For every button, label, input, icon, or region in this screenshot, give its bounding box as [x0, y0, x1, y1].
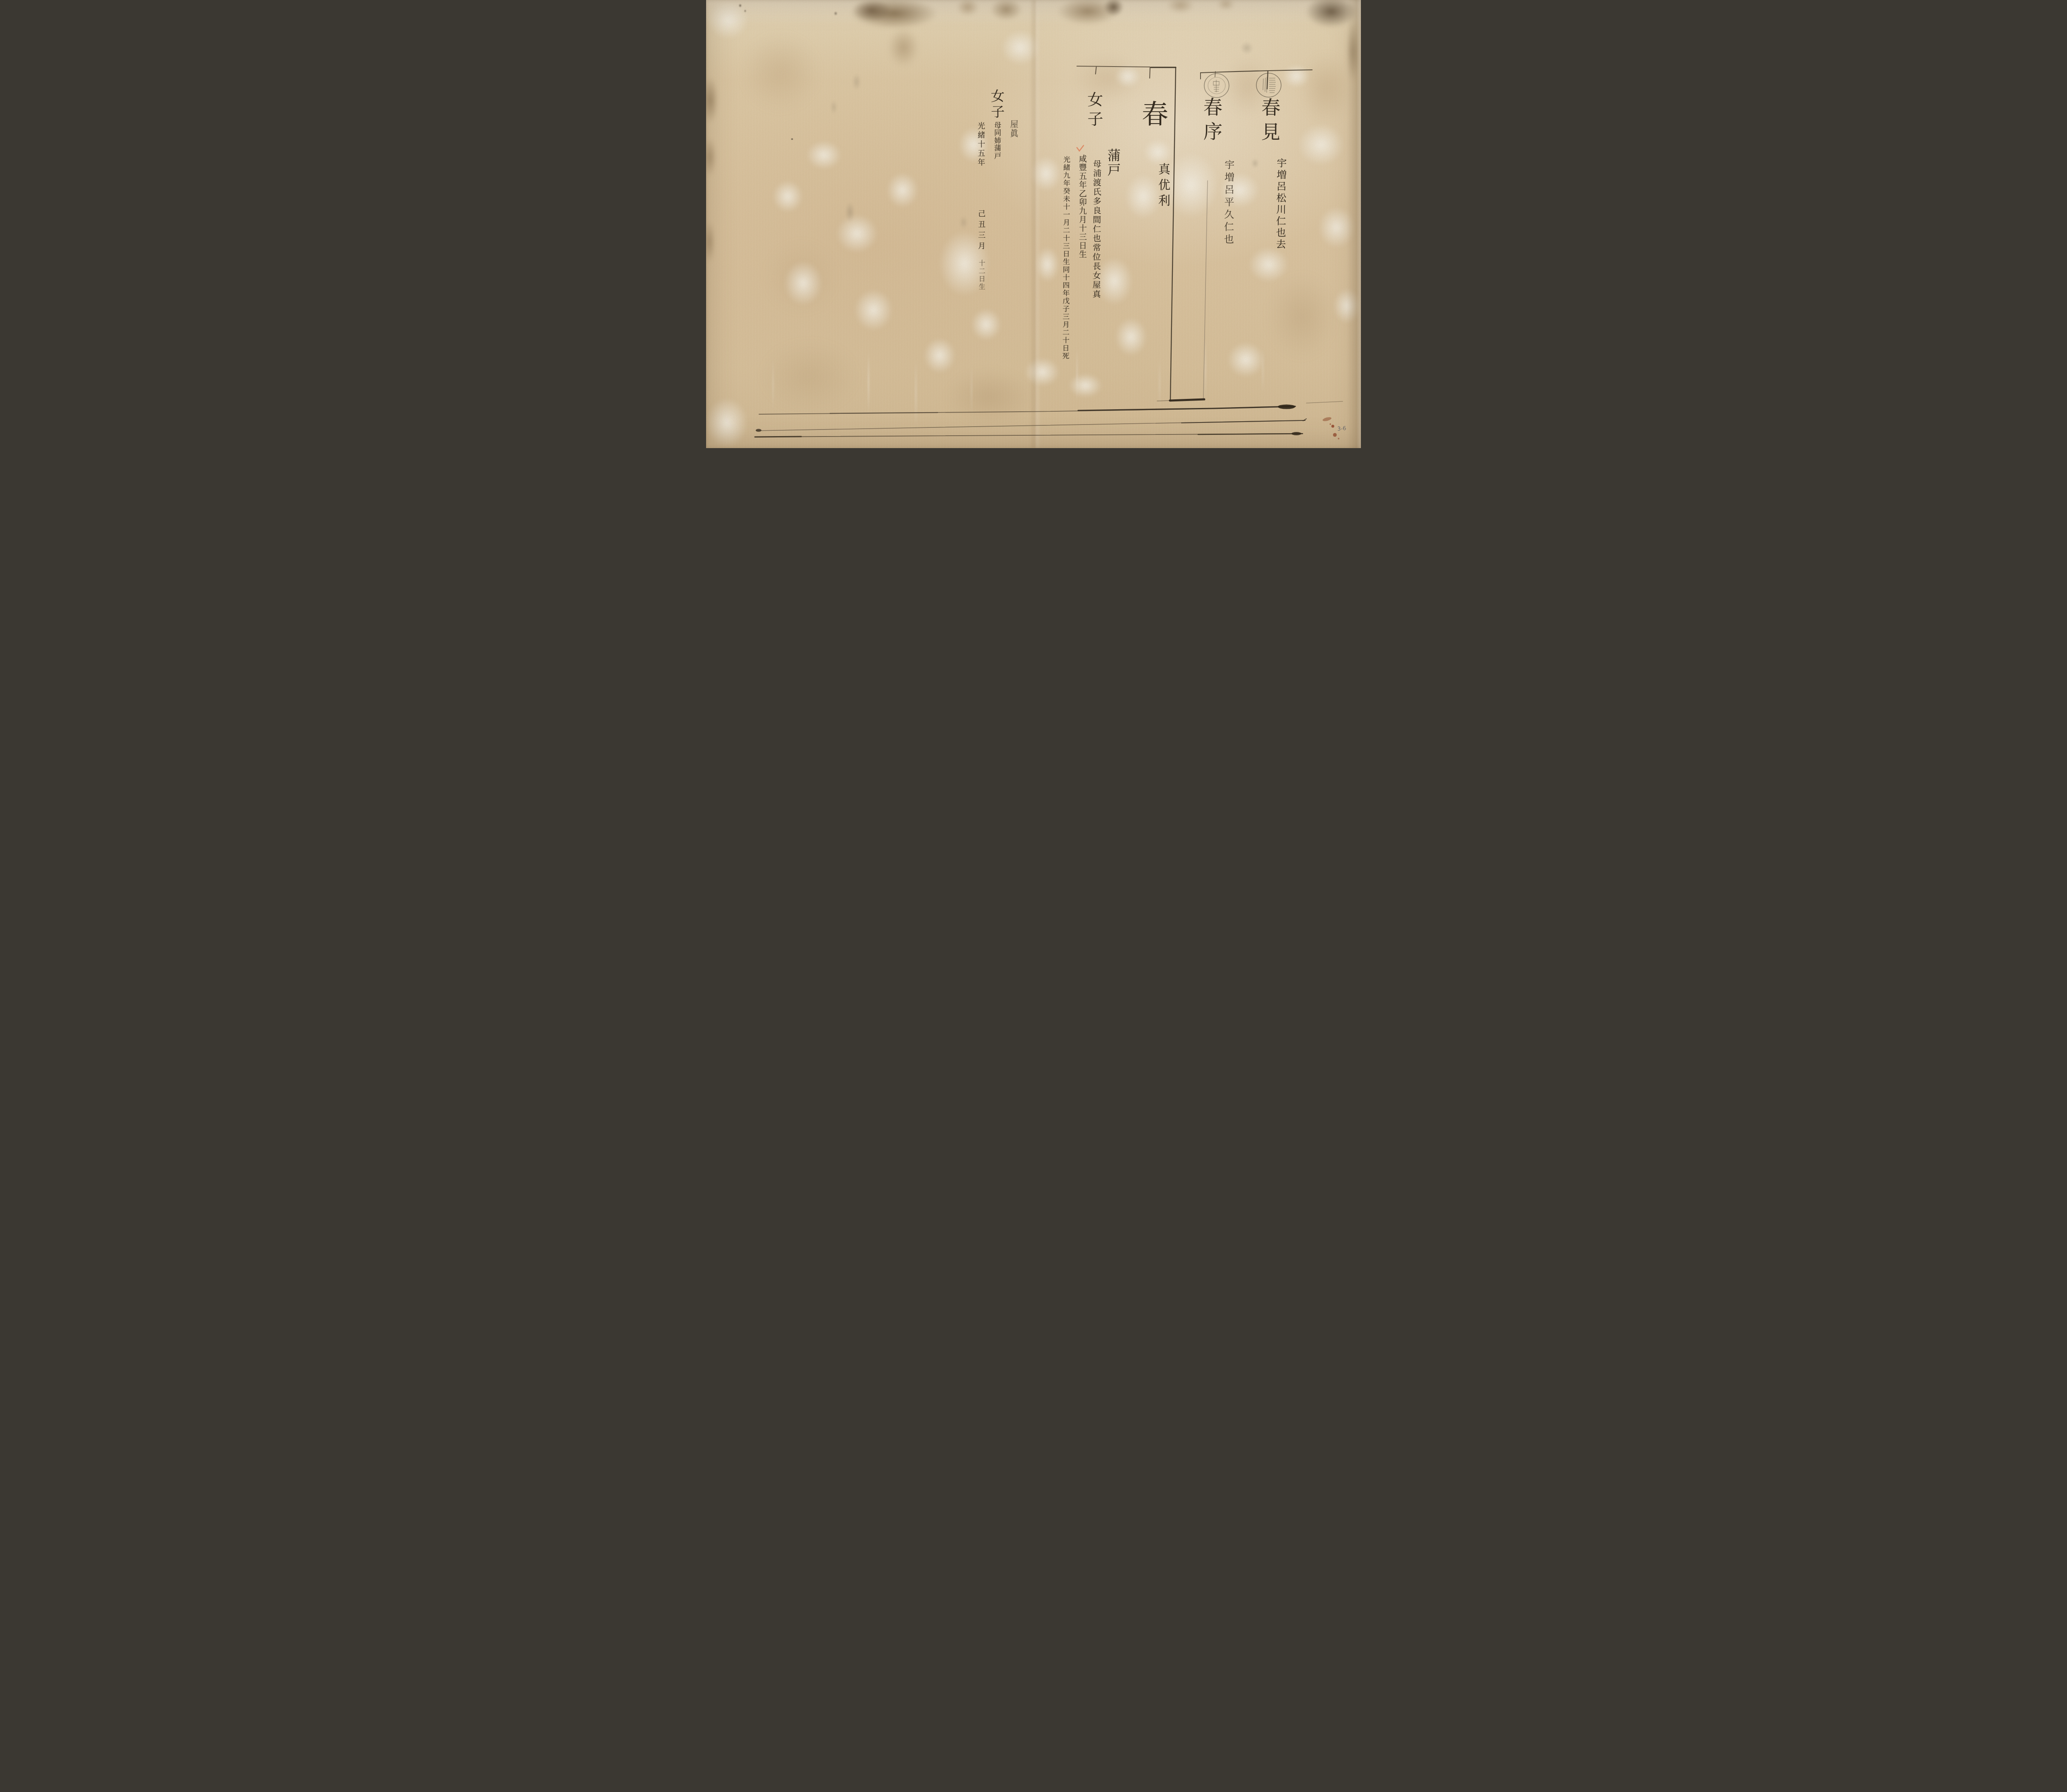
fiber-streak [971, 356, 972, 426]
paper-tone-warm [706, 0, 1361, 448]
record-name: 蒲戸 [1107, 148, 1120, 177]
fiber-streak [1159, 349, 1160, 418]
bottom-rule-1 [759, 401, 1343, 414]
white-patch-stain [931, 221, 998, 306]
right-page-edge [1347, 0, 1361, 448]
lineage-column: 母浦渡氏多良間仁也常位長女屋真 [1092, 160, 1101, 299]
white-patch-stain [1026, 151, 1066, 196]
white-patch-stain [1032, 242, 1063, 287]
ink-blotch-stain [1048, 0, 1127, 29]
white-patch-stain [1110, 312, 1152, 362]
record-name: 屋眞 [1010, 120, 1018, 138]
water-stain [731, 23, 830, 122]
record-note: 宇増呂松川仁也去 [1275, 158, 1286, 251]
white-patch-stain [801, 136, 847, 174]
seal-stamp-icon [1204, 74, 1229, 98]
date-column: 己丑三月 [977, 210, 985, 253]
red-check-icon [1077, 146, 1084, 151]
paper-grain-texture [706, 0, 1361, 448]
fiber-streak [915, 345, 917, 442]
fiber-streak [1262, 339, 1264, 401]
paper-tone-bottom [706, 0, 1361, 448]
white-patch-stain [1111, 62, 1144, 91]
rust-stain [1322, 416, 1339, 439]
fiber-streak [1076, 337, 1078, 413]
water-stain [933, 362, 1045, 432]
white-patch-stain [706, 391, 754, 448]
white-patch-stain [1313, 200, 1360, 254]
speck-stain [958, 214, 969, 231]
top-rule-left-segment [1077, 66, 1150, 78]
ink-blotch-stain [838, 0, 950, 33]
paper-stain [1101, 0, 1127, 19]
white-patch-stain [1214, 167, 1265, 213]
speck-stain [829, 98, 838, 116]
bottom-rule-3 [755, 432, 1303, 437]
section-header: 女子 [990, 89, 1004, 120]
record-name: 春序 [1202, 97, 1221, 146]
white-patch-stain [768, 176, 807, 217]
water-stain [756, 231, 847, 322]
page-number-annotation: 3-6 [1337, 425, 1346, 432]
fiber-streak [867, 339, 870, 426]
paper-stain [847, 0, 896, 25]
paper-stain [884, 23, 923, 72]
record-name: 春見 [1260, 98, 1279, 146]
white-patch-stain [882, 167, 923, 213]
white-patch-stain [919, 333, 960, 378]
date-column: 咸豐五年乙卯九月十三日生 [1078, 155, 1086, 259]
date-column: 十二日生 [978, 260, 985, 291]
stain-layer [706, 0, 1361, 448]
speck-stain [790, 138, 794, 141]
bottom-rule-2 [756, 419, 1306, 432]
white-patch-stain [1291, 118, 1351, 172]
speck-stain [1239, 40, 1255, 56]
top-rule-right-segment [1201, 70, 1312, 89]
record-note: 真优利 [1158, 163, 1170, 210]
scan-vignette [706, 0, 1361, 448]
fiber-streak [772, 349, 774, 420]
white-patch-stain [1064, 370, 1107, 401]
white-patch-stain [1329, 283, 1361, 329]
paper-stain [1163, 0, 1198, 16]
white-patch-stain [1279, 61, 1314, 91]
speck-stain [833, 11, 838, 16]
date-column: 光緒九年癸未十一月二十三日生同十四年戊子三月二十日死 [1061, 156, 1069, 360]
white-patch-stain [830, 209, 884, 258]
white-patch-stain [1222, 337, 1270, 382]
white-patch-stain [954, 122, 993, 167]
white-patch-stain [1019, 353, 1065, 391]
paper-fiber-texture [706, 0, 1361, 448]
ink-blotch-stain [1298, 0, 1361, 32]
paper-stain [706, 70, 721, 130]
water-stain [1258, 262, 1345, 370]
seal-stamp-icon [1256, 73, 1281, 97]
fiber-streak [1204, 325, 1206, 413]
date-column: 光緒十五年 [977, 122, 984, 167]
paper-stain [1215, 0, 1237, 12]
section-header: 女子 [1086, 91, 1102, 130]
white-patch-stain [778, 254, 828, 312]
page-fold-crease [1029, 0, 1041, 448]
speck-stain [844, 199, 856, 225]
speck-stain [738, 3, 742, 8]
lineage-column: 母同姉蒲戸 [993, 122, 1000, 160]
paper-stain [706, 132, 718, 182]
paper-stain [953, 0, 982, 19]
water-stain [1293, 43, 1359, 134]
white-patch-stain [849, 283, 898, 337]
speck-stain [851, 71, 862, 93]
white-patch-stain [967, 304, 1006, 345]
white-patch-stain [995, 25, 1045, 70]
white-patch-stain [706, 0, 755, 45]
paper-stain [986, 0, 1027, 24]
white-patch-stain [1243, 242, 1294, 287]
paper-tone-light [706, 0, 1361, 448]
record-name: 春 [1139, 100, 1166, 126]
speck-stain [744, 9, 747, 13]
speck-stain [1250, 157, 1260, 169]
record-note: 宇増呂平久仁也 [1223, 160, 1234, 246]
paper-stain [1345, 12, 1361, 91]
document-scan: 春見 宇増呂松川仁也去 春序 宇増呂平久仁也 春 真优利 女子 蒲戸 母浦渡氏多… [706, 0, 1361, 448]
paper-stain [706, 215, 717, 269]
water-stain [747, 331, 871, 422]
